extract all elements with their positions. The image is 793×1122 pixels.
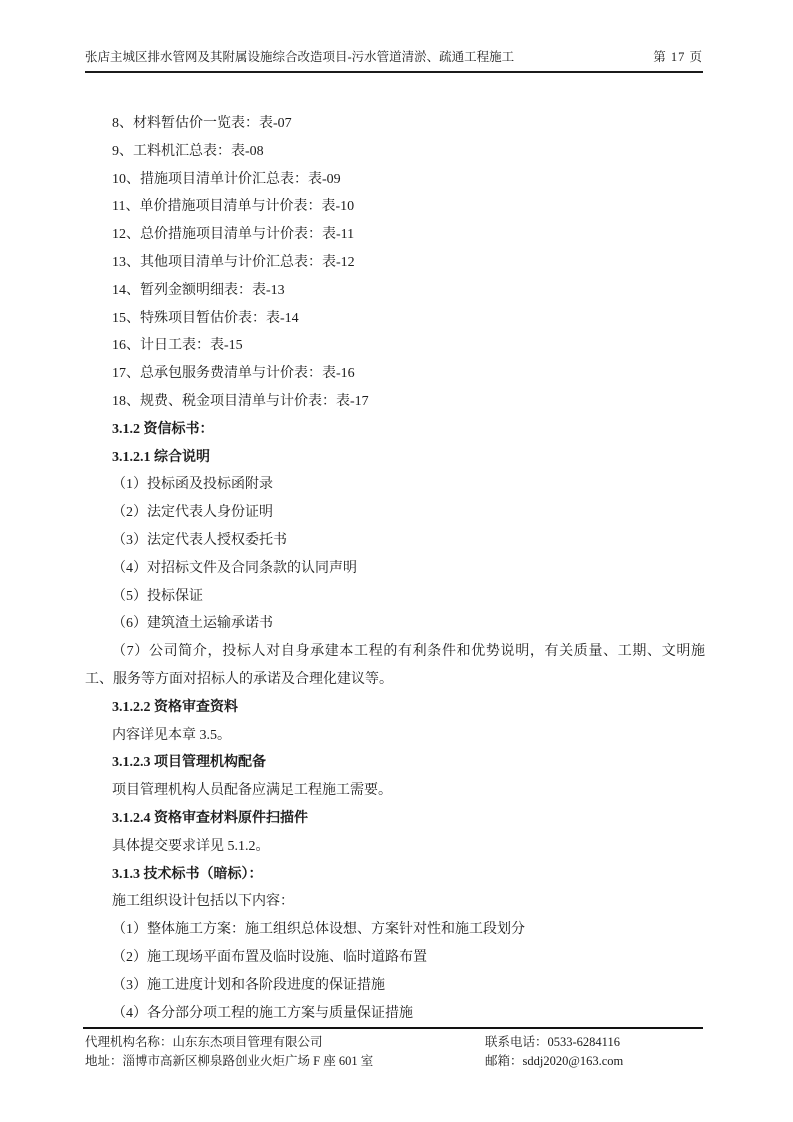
doc-line: （2）法定代表人身份证明 — [85, 499, 705, 527]
agency-name: 代理机构名称：山东东杰项目管理有限公司 — [85, 1033, 485, 1052]
document-page: 张店主城区排水管网及其附属设施综合改造项目-污水管道清淤、疏通工程施工 第 17… — [0, 0, 793, 1122]
doc-heading: 3.1.2.1 综合说明 — [85, 444, 705, 472]
agency-address: 地址：淄博市高新区柳泉路创业火炬广场 F 座 601 室 — [85, 1052, 485, 1071]
doc-line: （1）投标函及投标函附录 — [85, 471, 705, 499]
doc-heading: 3.1.2.4 资格审查材料原件扫描件 — [85, 805, 705, 833]
contact-email: 邮箱：sddj2020@163.com — [485, 1052, 623, 1071]
doc-line: 12、总价措施项目清单与计价表：表-11 — [85, 221, 705, 249]
doc-line: 10、措施项目清单计价汇总表：表-09 — [85, 166, 705, 194]
doc-line: 11、单价措施项目清单与计价表：表-10 — [85, 193, 705, 221]
doc-line: （3）施工进度计划和各阶段进度的保证措施 — [85, 972, 705, 1000]
doc-heading: 3.1.3 技术标书（暗标）： — [85, 861, 705, 889]
document-body: 8、材料暂估价一览表：表-07 9、工料机汇总表：表-08 10、措施项目清单计… — [85, 110, 705, 1027]
doc-line: （4）各分部分项工程的施工方案与质量保证措施 — [85, 1000, 705, 1028]
doc-line: 13、其他项目清单与计价汇总表：表-12 — [85, 249, 705, 277]
doc-line: 17、总承包服务费清单与计价表：表-16 — [85, 360, 705, 388]
doc-line: 18、规费、税金项目清单与计价表：表-17 — [85, 388, 705, 416]
doc-line: 施工组织设计包括以下内容： — [85, 888, 705, 916]
doc-line: 9、工料机汇总表：表-08 — [85, 138, 705, 166]
doc-line: 14、暂列金额明细表：表-13 — [85, 277, 705, 305]
header-title: 张店主城区排水管网及其附属设施综合改造项目-污水管道清淤、疏通工程施工 — [85, 50, 514, 65]
footer-divider — [83, 1027, 703, 1029]
contact-phone: 联系电话：0533-6284116 — [485, 1033, 620, 1052]
doc-line: 15、特殊项目暂估价表：表-14 — [85, 305, 705, 333]
doc-line: 项目管理机构人员配备应满足工程施工需要。 — [85, 777, 705, 805]
doc-line: （2）施工现场平面布置及临时设施、临时道路布置 — [85, 944, 705, 972]
doc-line: 具体提交要求详见 5.1.2。 — [85, 833, 705, 861]
doc-line: 内容详见本章 3.5。 — [85, 722, 705, 750]
doc-paragraph: （7）公司简介，投标人对自身承建本工程的有利条件和优势说明，有关质量、工期、文明… — [85, 638, 705, 694]
doc-line: 16、计日工表：表-15 — [85, 332, 705, 360]
doc-line: （6）建筑渣土运输承诺书 — [85, 610, 705, 638]
doc-line: （1）整体施工方案：施工组织总体设想、方案针对性和施工段划分 — [85, 916, 705, 944]
page-footer: 代理机构名称：山东东杰项目管理有限公司 联系电话：0533-6284116 地址… — [85, 1033, 725, 1071]
doc-heading: 3.1.2.3 项目管理机构配备 — [85, 749, 705, 777]
doc-line: （4）对招标文件及合同条款的认同声明 — [85, 555, 705, 583]
doc-line: 8、材料暂估价一览表：表-07 — [85, 110, 705, 138]
doc-line: （3）法定代表人授权委托书 — [85, 527, 705, 555]
header-page-number: 第 17 页 — [653, 50, 703, 65]
doc-heading: 3.1.2 资信标书： — [85, 416, 705, 444]
doc-heading: 3.1.2.2 资格审查资料 — [85, 694, 705, 722]
doc-line: （5）投标保证 — [85, 583, 705, 611]
page-header: 张店主城区排水管网及其附属设施综合改造项目-污水管道清淤、疏通工程施工 第 17… — [85, 50, 703, 73]
